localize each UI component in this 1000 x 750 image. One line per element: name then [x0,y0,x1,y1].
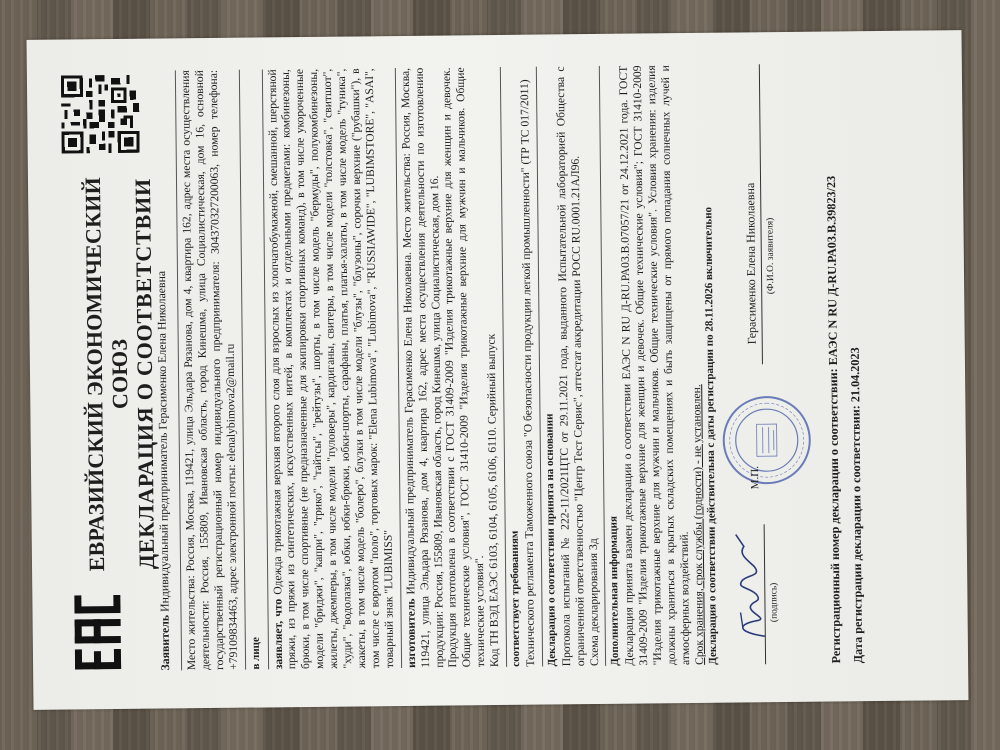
applicant-details: Место жительства: Россия, Москва, 119421… [175,70,241,671]
document-header: ЕВРАЗИЙСКИЙ ЭКОНОМИЧЕСКИЙ СОЮЗ ДЕКЛАРАЦИ… [49,69,165,680]
seal-label: М.П. [749,466,763,489]
eac-logo-icon [72,593,123,672]
reg-date-value: 21.04.2023 [848,347,863,402]
production-text: Продукция изготовлена в соответствии с Г… [440,67,488,667]
signature-caption: (подпись) [768,583,782,623]
declares-label: заявляет, что [271,599,285,670]
reg-number-value: ЕАЭС N RU Д-RU.РА03.В.39823/23 [824,176,840,366]
in-person-label: в лице [249,637,261,670]
manufacturer-section: изготовитель Индивидуальный предпринимат… [395,67,503,668]
registration-block: Регистрационный номер декларации о соотв… [819,63,869,663]
signer-name-line [759,64,763,364]
document-title: ЕВРАЗИЙСКИЙ ЭКОНОМИЧЕСКИЙ СОЮЗ ДЕКЛАРАЦИ… [80,164,159,585]
reg-number-label: Регистрационный номер декларации о соотв… [826,368,843,663]
in-person-section: в лице [238,69,263,669]
signer-name: Герасименко Елена Николаевна [744,183,760,345]
complies-section: соответствует требованиям Технического р… [500,67,538,667]
additional-section: Дополнительная информация Декларация при… [599,65,721,666]
document-body: Место жительства: Россия, Москва, 119421… [175,63,869,670]
applicant-label: Заявитель [158,615,173,671]
additional-text: Декларация принята взамен декларации о с… [617,65,693,666]
qr-code-icon [61,75,140,154]
applicant-value: Индивидуальный предприниматель Герасимен… [154,271,172,612]
declares-section: заявляет, что Одежда трикотажная верхняя… [261,68,396,669]
declares-text: Одежда трикотажная верхняя второго слоя … [265,68,396,669]
declaration-page: ЕВРАЗИЙСКИЙ ЭКОНОМИЧЕСКИЙ СОЮЗ ДЕКЛАРАЦИ… [27,30,969,710]
reg-date-label: Дата регистрации декларации о соответств… [848,405,865,663]
manufacturer-label: изготовитель [404,598,418,668]
signature-area: (подпись) М.П. Герасименко Елена Николае… [723,64,807,665]
signer-caption: (Ф.И.О. заявителя) [764,218,779,295]
basis-section: Декларация о соответствии принята на осн… [536,66,602,667]
declaration-paper: ЕВРАЗИЙСКИЙ ЭКОНОМИЧЕСКИЙ СОЮЗ ДЕКЛАРАЦИ… [27,30,969,710]
manufacturer-text: Индивидуальный предприниматель Герасимен… [399,68,446,668]
signature-icon [727,526,772,646]
round-seal-stamp-icon [720,394,813,487]
title-line-1: ЕВРАЗИЙСКИЙ ЭКОНОМИЧЕСКИЙ СОЮЗ [80,164,134,585]
